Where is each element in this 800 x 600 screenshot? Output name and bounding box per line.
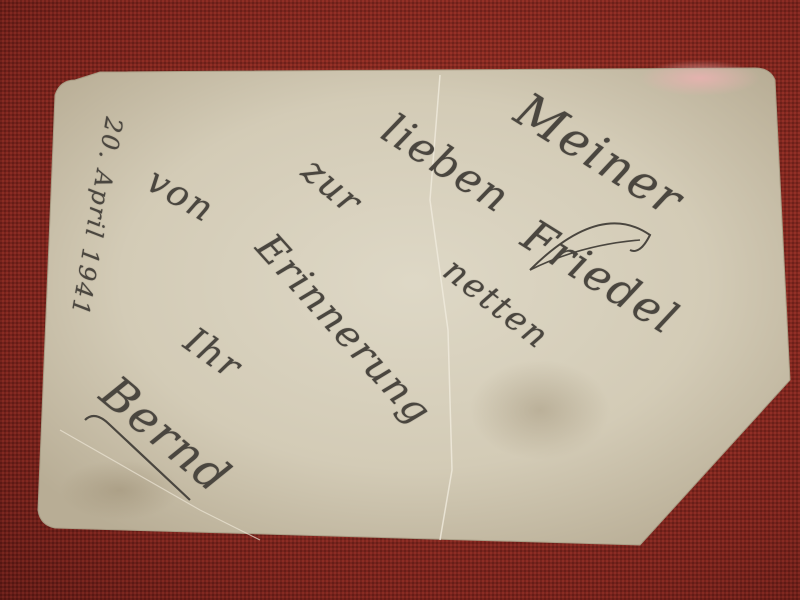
water-stain xyxy=(470,360,610,460)
pink-stain xyxy=(640,60,760,96)
water-stain xyxy=(60,460,180,520)
